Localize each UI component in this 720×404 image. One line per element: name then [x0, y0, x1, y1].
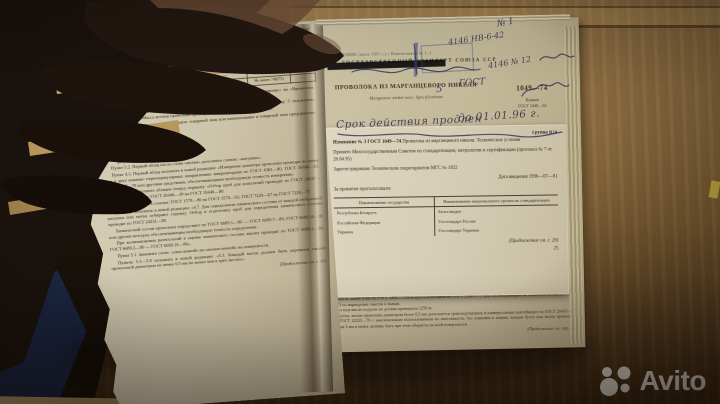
page-number: 25	[335, 247, 559, 257]
gost-number: 1049—74	[492, 83, 572, 93]
registered-note: Зарегистрировано Техническим секретариат…	[333, 164, 557, 174]
handwritten-note: 5	[436, 84, 443, 96]
amendment-text: Пункт 4.6. Таблица 4. Головка. Заменить …	[99, 84, 326, 272]
handwritten-note: ГОСТ	[459, 77, 486, 89]
standard-subtitle: Manganese nickel wire. Specifications	[320, 93, 492, 102]
photo-of-open-gost-book: ПЕРЕИЗДАНИЕ (июль 1991 г.) с Изменениями…	[0, 0, 720, 404]
reprint-note: ПЕРЕИЗДАНИЕ (июль 1991 г.) с Изменениями…	[325, 49, 509, 58]
insert-sheet: Группа В74 Изменение № 3 ГОСТ 1049—74 Пр…	[321, 124, 569, 297]
spec-cell: Твердый	[164, 81, 205, 92]
gost-number-block: 1049—74 Взамен ГОСТ 1049—63	[492, 73, 573, 109]
adopted-note: Принято Межгосударственным Советом по ст…	[333, 147, 557, 164]
avito-logo-icon	[598, 363, 634, 399]
vote-table: Наименование государства Наименование на…	[334, 194, 559, 237]
stamp-outline	[421, 43, 474, 74]
vote-state: Украина	[334, 226, 435, 237]
spec-cell: Не менее 690(70)	[204, 78, 247, 89]
spec-cell: Не менее 740(75)	[247, 75, 290, 86]
standard-title-text: ПРОВОЛОКА ИЗ МАРГАНЦЕВОГО НИКЕЛЯ	[335, 82, 477, 91]
vote-lead: За принятие проголосовали:	[334, 184, 558, 194]
change-title: Изменение № 3 ГОСТ 1049—74	[333, 140, 401, 146]
pen-stroke	[414, 43, 418, 77]
yellow-object-sliver	[709, 180, 720, 198]
insert-content: Группа В74 Изменение № 3 ГОСТ 1049—74 Пр…	[333, 130, 559, 293]
avito-watermark-label: Avito	[640, 365, 706, 397]
superseded-label: Взамен	[526, 97, 539, 102]
spec-cell: От 0,5 до 5,0	[121, 84, 164, 95]
change-subject: Проволока из марганцевого никеля. Технич…	[402, 138, 520, 145]
avito-watermark: Avito	[598, 363, 706, 399]
spec-col-state: Состояние материала	[161, 42, 204, 68]
effective-date: Дата введения 1996—07—01	[334, 174, 558, 184]
vote-row: Украина Госстандарт Украины	[334, 225, 558, 238]
spec-col-diameter: Диаметр проволоки, мм	[118, 45, 163, 71]
vote-org: Госстандарт Украины	[435, 225, 558, 236]
